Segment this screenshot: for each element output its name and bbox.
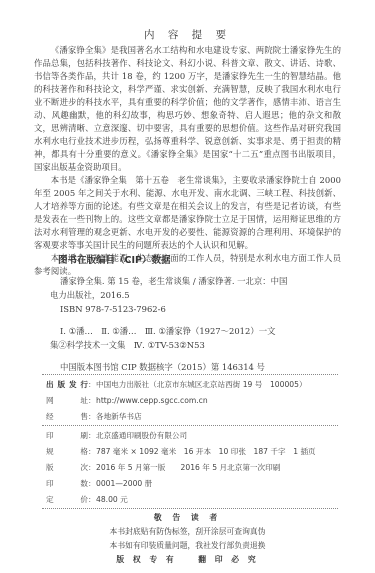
- notice-line-1: 本书封底贴有防伪标签，刮开涂层可查询真伪: [0, 525, 375, 539]
- cip-classification-2: 集②科学技术一文集 Ⅳ. ①TV-53②N53: [50, 338, 330, 352]
- divider-2: [42, 425, 338, 426]
- spec-value: 787 毫米 × 1092 毫米 16 开本 10 印张 187 千字 1 插页: [96, 444, 316, 460]
- printer-value: 北京盛通印刷股份有限公司: [96, 428, 187, 444]
- divider-1: [42, 374, 338, 375]
- summary-paragraph-2: 本书是《潘家铮全集 第十五卷 老生常谈集》，主要收录潘家铮院士自 2000 年至…: [34, 174, 341, 252]
- publisher-label: 出版发行: [46, 377, 88, 393]
- notice-line-2: 本书如有印装质量问题，我社发行部负责退换: [0, 539, 375, 553]
- distribution-label: 经售: [46, 409, 88, 425]
- cip-data-block: 潘家铮全集. 第 15 卷，老生常谈集 / 潘家铮著. 一北京：中国 电力出版社…: [50, 274, 330, 374]
- summary-paragraph-1: 《潘家铮全集》是我国著名水工结构和水电建设专家、两院院士潘家铮先生的作品总集，包…: [34, 44, 341, 174]
- notice-heading: 敬 告 读 者: [0, 511, 375, 525]
- publisher-row: 出版发行 ：中国电力出版社（北京市东城区北京站西街 19 号 100005）: [46, 377, 346, 393]
- edition-value: 2016 年 5 月第一版 2016 年 5 月北京第一次印刷: [96, 460, 280, 476]
- reader-notice: 敬 告 读 者 本书封底贴有防伪标签，刮开涂层可查询真伪 本书如有印装质量问题，…: [0, 511, 375, 567]
- divider-3: [42, 508, 338, 509]
- summary-title: 内 容 提 要: [0, 27, 375, 42]
- publishing-info-2: 印刷：北京盛通印刷股份有限公司 规格：787 毫米 × 1092 毫米 16 开…: [46, 428, 346, 508]
- spec-row: 规格：787 毫米 × 1092 毫米 16 开本 10 印张 187 千字 1…: [46, 444, 346, 460]
- website-value: http://www.cepp.sgcc.com.cn: [96, 393, 208, 409]
- cip-publisher-line: 电力出版社，2016.5: [50, 288, 330, 302]
- cip-classification-1: Ⅰ. ①潘… Ⅱ. ①潘… Ⅲ. ①潘家铮（1927～2012）一文: [50, 324, 330, 338]
- cip-record-number: 中国版本图书馆 CIP 数据核字（2015）第 146314 号: [50, 360, 330, 374]
- cip-title-line: 潘家铮全集. 第 15 卷，老生常谈集 / 潘家铮著. 一北京：中国: [50, 274, 330, 288]
- price-value: 48.00 元: [96, 492, 128, 508]
- print-run-value: 0001—2000 册: [96, 476, 152, 492]
- distribution-value: 各地新华书店: [96, 409, 142, 425]
- distribution-row: 经售 ：各地新华书店: [46, 409, 346, 425]
- copyright-footer: 版 权 专 有 翻 印 必 究: [0, 553, 375, 567]
- publisher-value: 中国电力出版社（北京市东城区北京站西街 19 号 100005）: [96, 377, 307, 393]
- website-row: 网址 ：http://www.cepp.sgcc.com.cn: [46, 393, 346, 409]
- price-row: 定价：48.00 元: [46, 492, 346, 508]
- printer-row: 印刷：北京盛通印刷股份有限公司: [46, 428, 346, 444]
- print-run-row: 印数：0001—2000 册: [46, 476, 346, 492]
- edition-row: 版次：2016 年 5 月第一版 2016 年 5 月北京第一次印刷: [46, 460, 346, 476]
- cip-heading: 图书在版编目（CIP）数据: [58, 252, 170, 266]
- cip-isbn: ISBN 978-7-5123-7962-6: [50, 302, 330, 316]
- website-label: 网址: [46, 393, 88, 409]
- summary-body: 《潘家铮全集》是我国著名水工结构和水电建设专家、两院院士潘家铮先生的作品总集，包…: [34, 44, 341, 278]
- publishing-info-1: 出版发行 ：中国电力出版社（北京市东城区北京站西街 19 号 100005） 网…: [46, 377, 346, 425]
